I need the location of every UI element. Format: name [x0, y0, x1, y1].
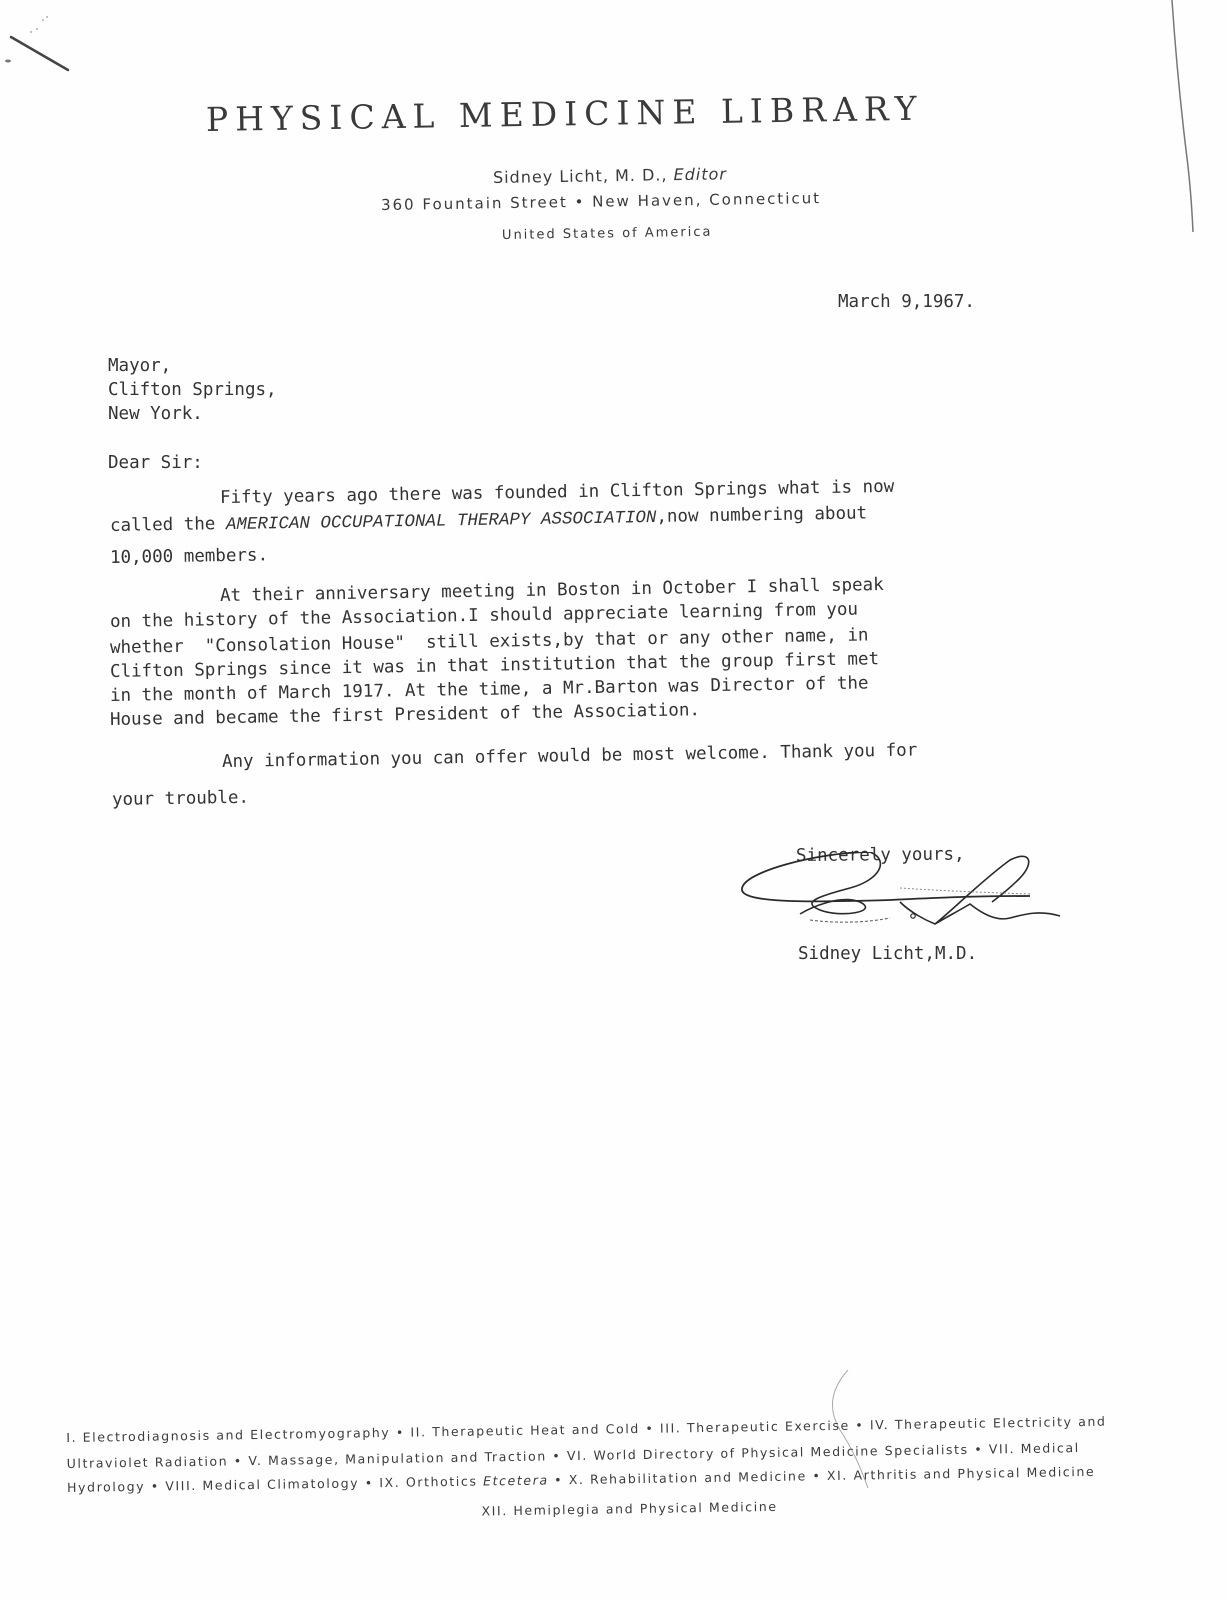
footer-line-4: XII. Hemiplegia and Physical Medicine	[481, 1499, 777, 1519]
paragraph-1-line-1: Fifty years ago there was founded in Cli…	[220, 477, 895, 508]
footer-line-1: I. Electrodiagnosis and Electromyography…	[66, 1414, 1106, 1445]
handwritten-signature	[730, 852, 1070, 932]
organization-name: AMERICAN OCCUPATIONAL THERAPY ASSOCIATIO…	[226, 508, 657, 535]
recipient-line-2: Clifton Springs,	[108, 380, 277, 400]
letterhead-title: PHYSICAL MEDICINE LIBRARY	[206, 87, 1027, 139]
letterhead-country: United States of America	[502, 225, 713, 243]
paragraph-1-suffix: ,now numbering about	[656, 503, 867, 526]
pen-stroke-mark	[0, 0, 120, 90]
paragraph-1-line-3: 10,000 members.	[110, 545, 268, 568]
recipient-line-1: Mayor,	[108, 356, 171, 376]
letter-page: PHYSICAL MEDICINE LIBRARY Sidney Licht, …	[0, 0, 1227, 1600]
paragraph-3-line-1: Any information you can offer would be m…	[222, 740, 918, 772]
salutation: Dear Sir:	[108, 453, 203, 473]
footer-etcetera: Etcetera	[483, 1472, 549, 1488]
letterhead-address: 360 Fountain Street • New Haven, Connect…	[381, 189, 821, 214]
paragraph-2-line-6: House and became the first President of …	[110, 700, 700, 730]
footer-line-3-prefix: Hydrology • VIII. Medical Climatology • …	[67, 1473, 483, 1495]
series-footer: I. Electrodiagnosis and Electromyography…	[66, 1400, 1196, 1418]
paragraph-1-line-2: called the AMERICAN OCCUPATIONAL THERAPY…	[110, 503, 867, 537]
pencil-curve-mark	[800, 1370, 890, 1510]
editor-role: Editor	[673, 164, 727, 184]
letterhead-editor: Sidney Licht, M. D., Editor	[493, 164, 727, 187]
letter-date: March 9,1967.	[838, 292, 975, 312]
recipient-line-3: New York.	[108, 404, 203, 424]
signature-name: Sidney Licht,M.D.	[798, 944, 977, 964]
editor-name: Sidney Licht, M. D.,	[493, 165, 674, 187]
paragraph-1-prefix: called the	[110, 514, 226, 536]
paragraph-3-line-2: your trouble.	[112, 788, 249, 810]
page-edge-line	[1150, 0, 1210, 240]
